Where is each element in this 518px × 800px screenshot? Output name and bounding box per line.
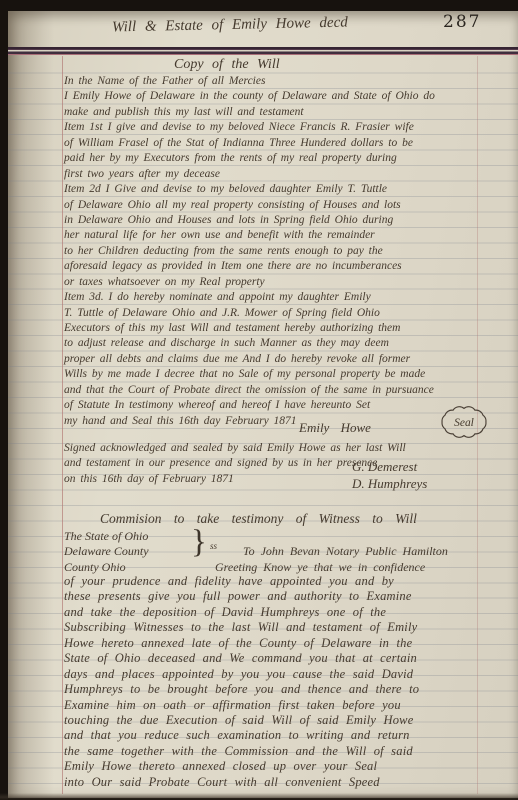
greeting-text: Greeting Know ye that we in confidence (215, 560, 425, 575)
text-line: I Emily Howe of Delaware in the county o… (64, 89, 435, 104)
witness-signatures: G. Demerest D. Humphreys (352, 459, 427, 492)
text-line: the same together with the Commission an… (64, 744, 419, 759)
text-line: of Delaware Ohio all my real property co… (64, 198, 435, 213)
venue-brace: } (191, 524, 207, 561)
witness-signature: D. Humphreys (352, 476, 427, 493)
text-line: Examine him on oath or affirmation first… (64, 698, 419, 713)
text-line: my hand and Seal this 16th day February … (64, 414, 435, 429)
text-line: and that you reduce such examination to … (64, 728, 419, 743)
text-line: Wills by me made I decree that no Sale o… (64, 367, 435, 382)
page-bottom-shadow (0, 793, 518, 800)
text-line: of William Frasel of the Stat of Indiann… (64, 136, 435, 151)
text-line: or taxes whatsoever on my Real property (64, 275, 435, 290)
text-line: to her Children deducting from the same … (64, 244, 435, 259)
text-line: paid her by my Executors from the rents … (64, 151, 435, 166)
text-line: Signed acknowledged and sealed by said E… (64, 441, 406, 456)
seal-scribble-icon: Seal (440, 406, 488, 438)
text-line: first two years after my decease (64, 167, 435, 182)
text-line: Emily Howe thereto annexed closed up ove… (64, 759, 419, 774)
text-line: and take the deposition of David Humphre… (64, 605, 419, 620)
text-line: T. Tuttle of Delaware Ohio and J.R. Mowe… (64, 306, 435, 321)
seal-label: Seal (454, 417, 474, 429)
text-line: aforesaid legacy as provided in Item one… (64, 259, 435, 274)
text-line: In the Name of the Father of all Mercies (64, 74, 435, 89)
text-line: State of Ohio deceased and We command yo… (64, 651, 419, 666)
ledger-photo: 287 Will & Estate of Emily Howe decd Cop… (0, 0, 518, 800)
testator-signature: Emily Howe (299, 420, 371, 436)
text-line: proper all debts and claims due me And I… (64, 352, 435, 367)
text-line: days and places appointed by you you cau… (64, 667, 419, 682)
will-body-text: In the Name of the Father of all Mercies… (64, 74, 435, 429)
text-line: to adjust release and discharge in such … (64, 336, 435, 351)
text-line: Executors of this my last Will and testa… (64, 321, 435, 336)
text-line: her natural life for her own use and ben… (64, 228, 435, 243)
will-section-heading: Copy of the Will (174, 57, 280, 73)
header-double-rule (8, 47, 518, 56)
witness-signature: G. Demerest (352, 459, 427, 476)
text-line: Item 2d I Give and devise to my beloved … (64, 182, 435, 197)
text-line: of your prudence and fidelity have appoi… (64, 574, 419, 589)
text-line: these presents give you full power and a… (64, 589, 419, 604)
venue-state-line: The State of Ohio (64, 529, 149, 544)
venue-caption: The State of Ohio Delaware County To Joh… (64, 529, 149, 575)
text-line: Subscribing Witnesses to the last Will a… (64, 620, 419, 635)
text-line: into Our said Probate Court with all con… (64, 775, 419, 790)
venue-county2-line: County Ohio Greeting Know ye that we in … (64, 560, 149, 575)
text-line: Humphreys to be brought before you and t… (64, 682, 419, 697)
text-line: make and publish this my last will and t… (64, 105, 435, 120)
commission-body-text: of your prudence and fidelity have appoi… (64, 574, 419, 790)
text-line: Howe hereto annexed late of the County o… (64, 636, 419, 651)
text-line: touching the due Execution of said Will … (64, 713, 419, 728)
venue-county-line: Delaware County To John Bevan Notary Pub… (64, 544, 149, 559)
text-line: in Delaware Ohio and Houses and lots in … (64, 213, 435, 228)
commission-section-heading: Commision to take testimony of Witness t… (100, 511, 417, 527)
left-margin-line (62, 56, 63, 794)
text-line: Item 3d. I do hereby nominate and appoin… (64, 290, 435, 305)
text-line: Item 1st I give and devise to my beloved… (64, 120, 435, 135)
venue-ss-abbrev: ss (210, 541, 217, 551)
text-line: and that the Court of Probate direct the… (64, 383, 435, 398)
page-number: 287 (443, 12, 481, 32)
text-line: of Statute In testimony whereof and here… (64, 398, 435, 413)
addressee-text: To John Bevan Notary Public Hamilton (243, 544, 448, 559)
